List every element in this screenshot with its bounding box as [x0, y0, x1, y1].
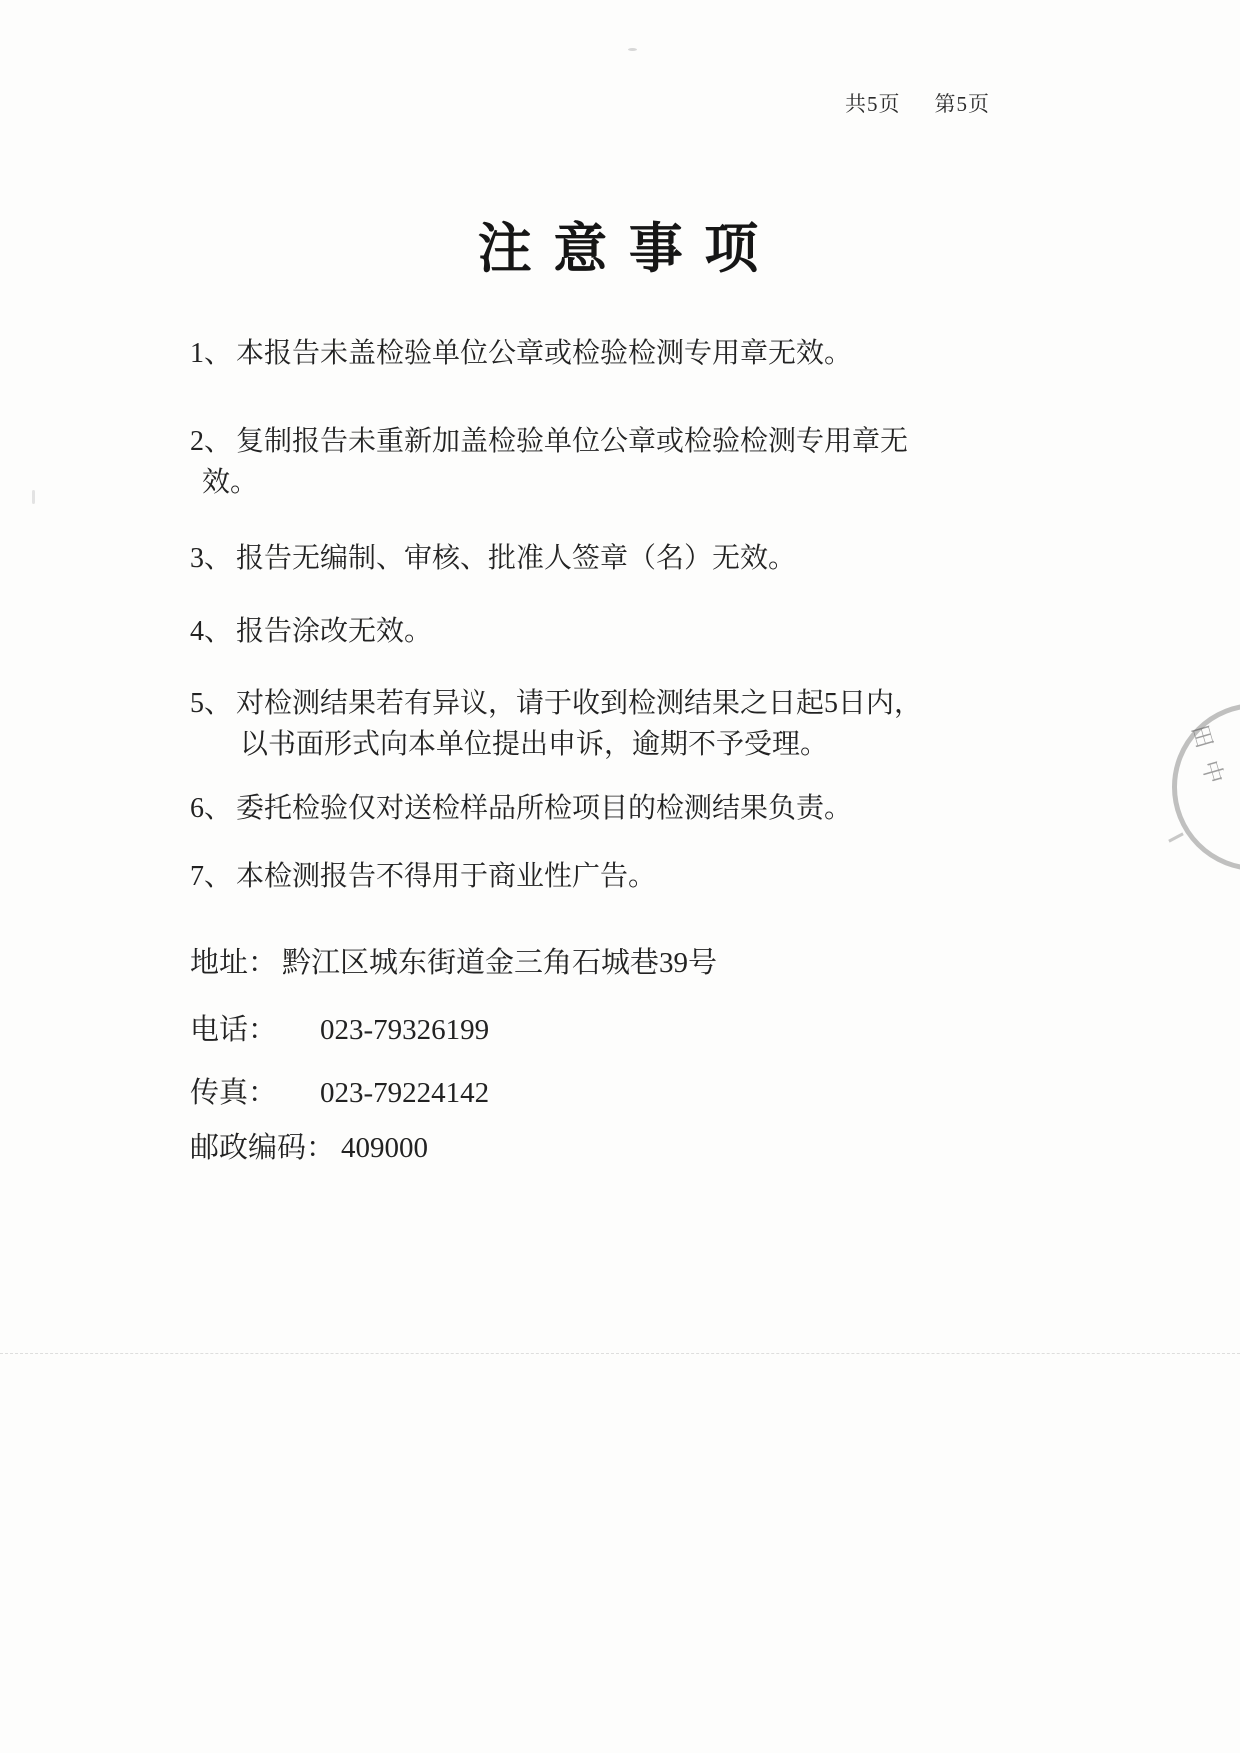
address-label: 地址：: [190, 943, 282, 984]
postal-value: 409000: [341, 1132, 428, 1164]
note-line: 对检测结果若有异议，请于收到检测结果之日起5日内，: [236, 683, 1030, 724]
report-notes-page: 共5页 第5页 注 意 事 项 1、 本报告未盖检验单位公章或检验检测专用章无效…: [0, 0, 1240, 1753]
scan-speck: [628, 48, 637, 51]
postal-label: 邮政编码：: [190, 1128, 335, 1169]
note-line: 委托检验仅对送检样品所检项目的检测结果负责。: [236, 788, 1030, 829]
notes-list: 1、 本报告未盖检验单位公章或检验检测专用章无效。 2、 复制报告未重新加盖检验…: [190, 333, 1030, 897]
note-line: 报告涂改无效。: [236, 611, 1030, 652]
note-item: 7、 本检测报告不得用于商业性广告。: [190, 856, 1030, 897]
note-number: 3、: [190, 538, 232, 579]
note-item: 2、 复制报告未重新加盖检验单位公章或检验检测专用章无效。: [190, 421, 1030, 503]
scan-artifact-line: [0, 1353, 1240, 1354]
stamp-smudge: [1168, 832, 1184, 842]
address-value: 黔江区城东街道金三角石城巷39号: [282, 947, 717, 979]
note-lines: 本检测报告不得用于商业性广告。: [236, 856, 1030, 897]
note-lines: 复制报告未重新加盖检验单位公章或检验检测专用章无效。: [236, 421, 1030, 503]
note-line: 报告无编制、审核、批准人签章（名）无效。: [236, 538, 1030, 579]
note-number: 5、: [190, 683, 232, 724]
note-line: 效。: [202, 462, 1030, 503]
phone-value: 023-79326199: [320, 1014, 489, 1046]
page-title: 注 意 事 项: [0, 218, 1240, 280]
note-number: 1、: [190, 333, 232, 374]
contact-row-fax: 传真：023-79224142: [190, 1073, 990, 1114]
contact-row-address: 地址：黔江区城东街道金三角石城巷39号: [190, 943, 990, 984]
note-lines: 报告涂改无效。: [236, 611, 1030, 652]
note-item: 6、 委托检验仅对送检样品所检项目的检测结果负责。: [190, 788, 1030, 829]
note-line: 以书面形式向本单位提出申诉，逾期不予受理。: [240, 724, 1030, 765]
note-number: 6、: [190, 788, 232, 829]
phone-label: 电话：: [190, 1010, 282, 1051]
note-item: 5、 对检测结果若有异议，请于收到检测结果之日起5日内，以书面形式向本单位提出申…: [190, 683, 1030, 765]
fax-label: 传真：: [190, 1073, 282, 1114]
note-lines: 本报告未盖检验单位公章或检验检测专用章无效。: [236, 333, 1030, 374]
note-line: 本报告未盖检验单位公章或检验检测专用章无效。: [236, 333, 1030, 374]
total-pages-label: 共5页: [845, 88, 901, 118]
contact-row-postal: 邮政编码：409000: [190, 1128, 990, 1169]
current-page-label: 第5页: [935, 88, 991, 118]
contact-block: 地址：黔江区城东街道金三角石城巷39号 电话：023-79326199 传真：0…: [190, 943, 990, 1169]
contact-row-phone: 电话：023-79326199: [190, 1010, 990, 1051]
note-number: 4、: [190, 611, 232, 652]
note-line: 本检测报告不得用于商业性广告。: [236, 856, 1030, 897]
note-item: 4、 报告涂改无效。: [190, 611, 1030, 652]
scan-speck: [32, 490, 35, 504]
note-number: 7、: [190, 856, 232, 897]
note-item: 1、 本报告未盖检验单位公章或检验检测专用章无效。: [190, 333, 1030, 374]
note-line: 复制报告未重新加盖检验单位公章或检验检测专用章无: [236, 421, 1030, 462]
note-item: 3、 报告无编制、审核、批准人签章（名）无效。: [190, 538, 1030, 579]
note-number: 2、: [190, 421, 232, 462]
note-lines: 委托检验仅对送检样品所检项目的检测结果负责。: [236, 788, 1030, 829]
fax-value: 023-79224142: [320, 1077, 489, 1109]
page-info: 共5页 第5页: [845, 88, 990, 118]
note-lines: 报告无编制、审核、批准人签章（名）无效。: [236, 538, 1030, 579]
note-lines: 对检测结果若有异议，请于收到检测结果之日起5日内，以书面形式向本单位提出申诉，逾…: [236, 683, 1030, 765]
